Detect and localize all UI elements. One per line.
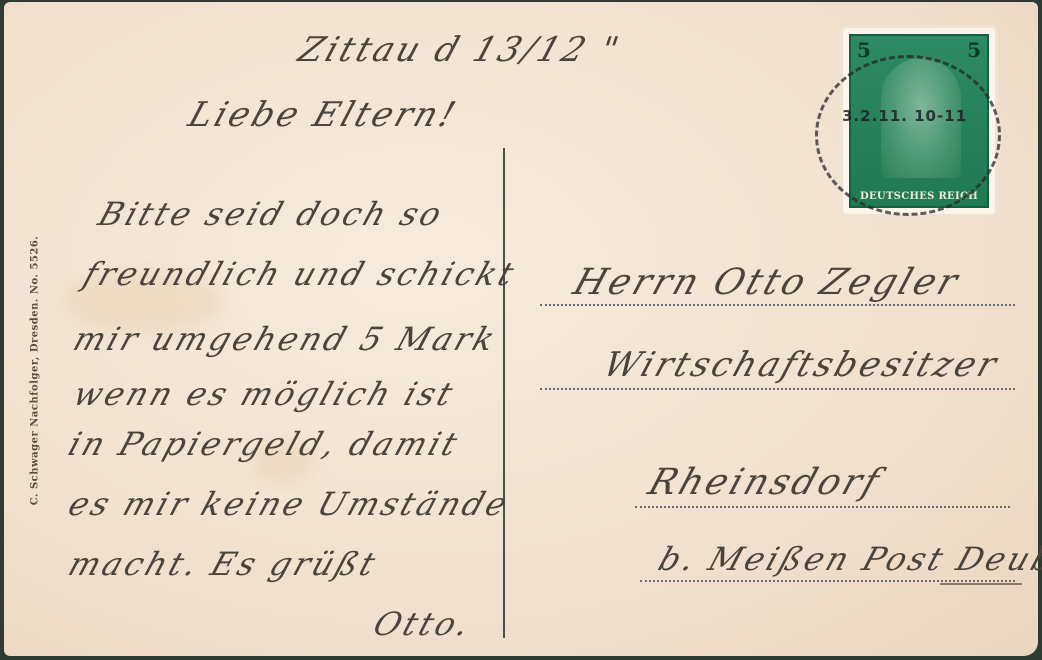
signature: Otto.	[369, 605, 477, 643]
address-line: b. Meißen Post Deuben	[654, 540, 1042, 578]
message-line: in Papiergeld, damit	[64, 425, 465, 463]
address-dotted-line	[635, 506, 1010, 508]
stamp-value-right: 5	[967, 38, 981, 62]
stamp-value-left: 5	[857, 38, 871, 62]
address-underline	[940, 583, 1022, 585]
address-line: Herrn Otto Zegler	[568, 262, 965, 303]
divider-line	[503, 148, 505, 638]
salutation: Liebe Eltern!	[184, 95, 464, 135]
postmark-date: 3.2.11. 10-11	[842, 107, 967, 125]
place-date: Zittau d 13/12 "	[294, 30, 627, 70]
address-line: Wirtschaftsbesitzer	[599, 345, 1005, 385]
message-line: mir umgehend 5 Mark	[69, 320, 503, 358]
postmark-circle	[815, 55, 1001, 216]
publisher-imprint-text: C. Schwager Nachfolger, Dresden. No. 552…	[30, 235, 41, 505]
message-line: es mir keine Umstände	[64, 485, 515, 523]
message-line: freundlich und schickt	[79, 255, 522, 293]
message-line: Bitte seid doch so	[94, 195, 449, 233]
address-dotted-line	[640, 580, 1015, 582]
address-line: Rheinsdorf	[643, 462, 886, 503]
message-line: macht. Es grüßt	[64, 545, 383, 583]
address-dotted-line	[540, 304, 1015, 306]
message-line: wenn es möglich ist	[69, 375, 460, 413]
publisher-imprint: C. Schwager Nachfolger, Dresden. No. 552…	[20, 210, 50, 530]
address-dotted-line	[540, 388, 1015, 390]
